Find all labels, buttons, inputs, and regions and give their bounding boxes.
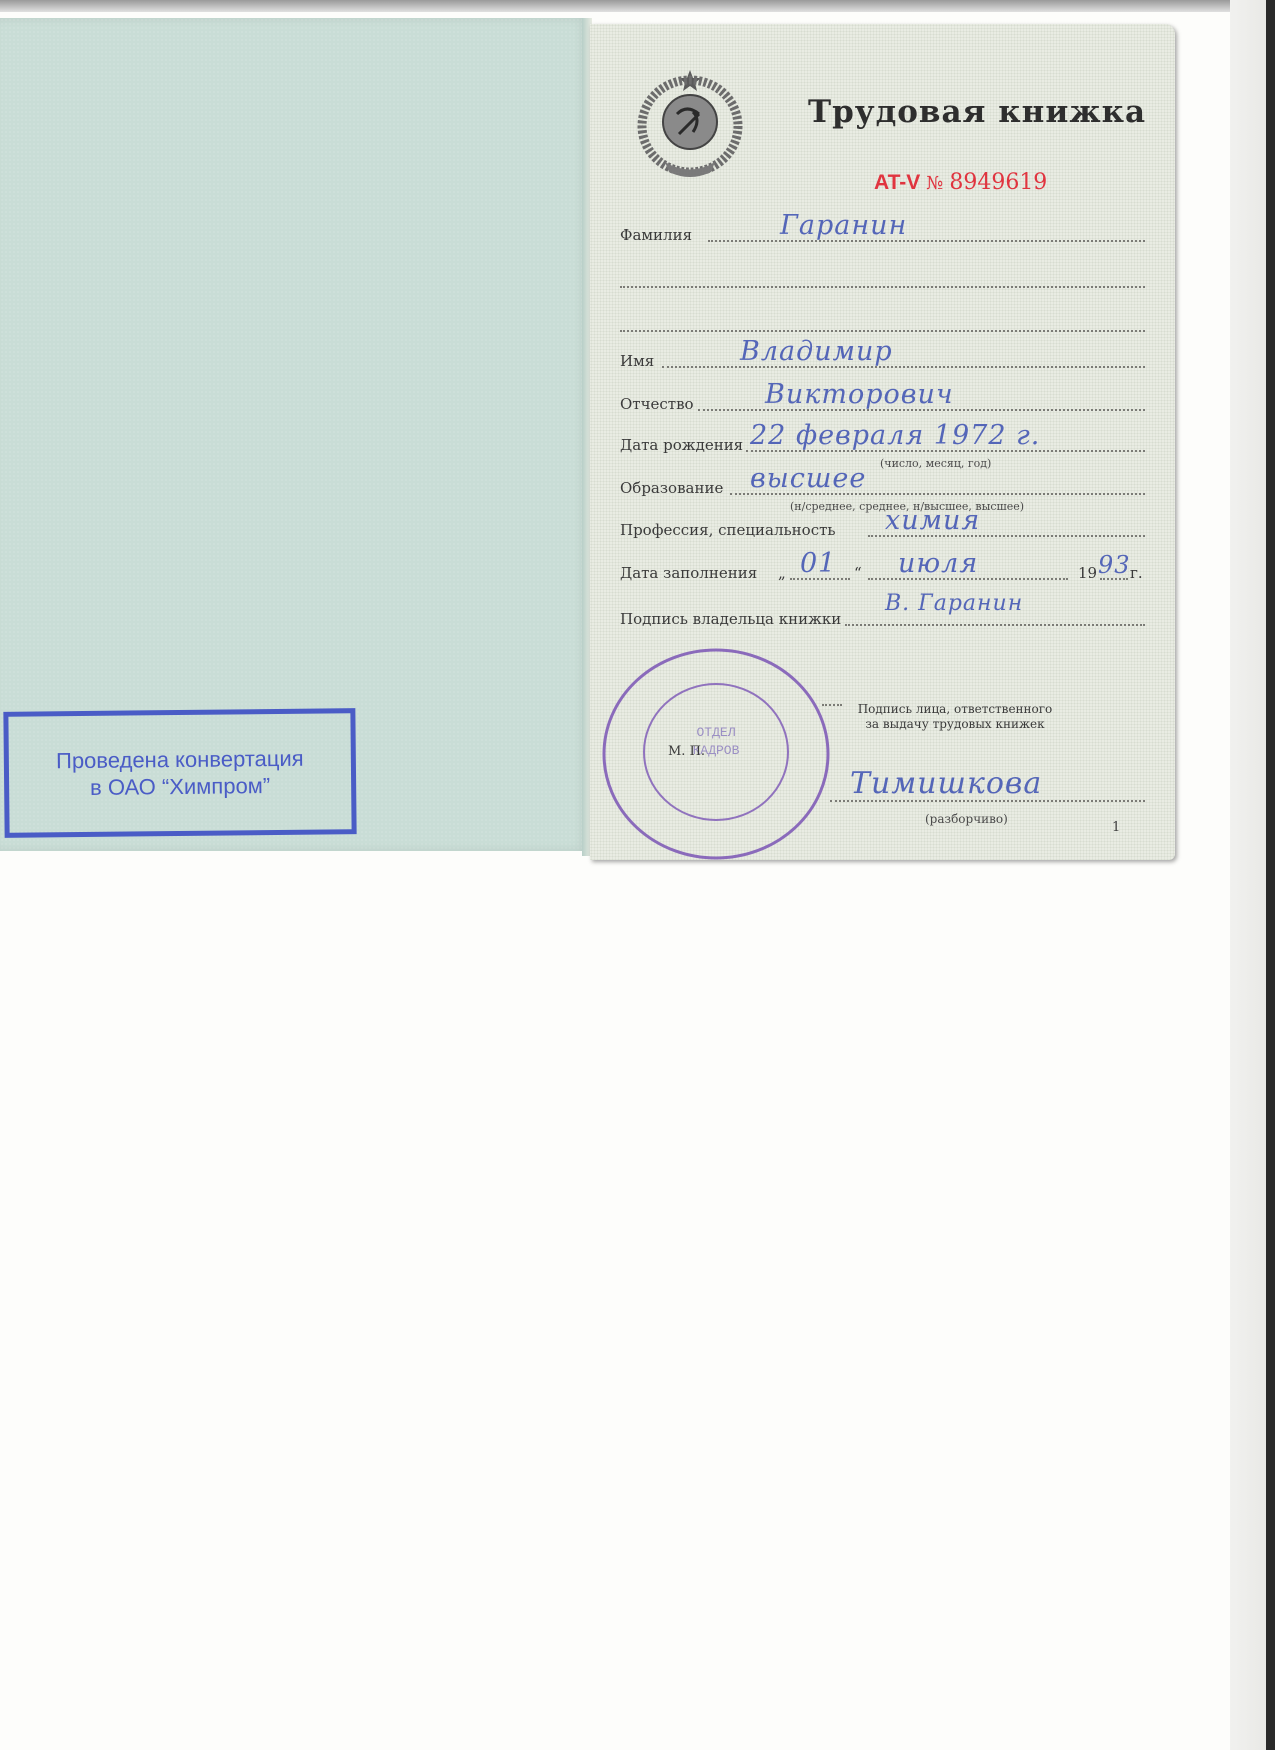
field-surname: Фамилия Гаранин [620,216,1145,246]
right-page: Трудовая книжка AT-V№8949619 Фамилия Гар… [590,24,1175,860]
education-value: высшее [750,463,866,494]
birth-date-label: Дата рождения [620,436,743,454]
field-education: Образование высшее [620,469,1145,499]
owner-signature-value: В. Гаранин [885,591,1023,616]
field-fill-date: Дата заполнения „ 01 “ июля 19 93 г. [620,554,1145,584]
profession-value: химия [885,505,980,536]
scanner-top-edge [0,0,1275,12]
scanner-right-edge [1266,0,1275,1750]
responsible-label-line2: за выдачу трудовых книжек [840,717,1070,732]
birth-date-value: 22 февраля 1972 г. [750,420,1040,451]
serial-digits: 8949619 [949,170,1047,195]
owner-signature-label: Подпись владельца книжки [620,610,841,628]
surname-extra-line-1 [620,286,1145,288]
responsible-signature-label: Подпись лица, ответственного за выдачу т… [840,702,1070,732]
conversion-stamp-line1: Проведена конвертация [56,745,304,775]
ussr-emblem-icon [635,64,745,184]
fill-date-label: Дата заполнения [620,564,757,582]
field-responsible-signature: Тимишкова [830,776,1145,806]
conversion-stamp-line2: в ОАО “Химпром” [90,772,270,801]
field-first-name: Имя Владимир [620,342,1145,372]
fill-date-close-quote: “ [854,564,862,582]
surname-dotline [708,240,1145,242]
conversion-stamp: Проведена конвертация в ОАО “Химпром” [3,708,356,838]
fill-date-month: июля [898,548,978,579]
field-birth-date: Дата рождения 22 февраля 1972 г. [620,426,1145,456]
page-number: 1 [1112,820,1120,835]
first-name-dotline [662,366,1145,368]
profession-label: Профессия, специальность [620,521,836,539]
field-profession: Профессия, специальность химия [620,511,1145,541]
responsible-label-line1: Подпись лица, ответственного [840,702,1070,717]
surname-label: Фамилия [620,226,692,244]
field-patronymic: Отчество Викторович [620,385,1145,415]
fill-date-century: 19 [1078,564,1097,582]
number-sign: № [926,173,943,194]
responsible-signature-hint: (разборчиво) [925,812,1008,826]
fill-date-open-quote: „ [778,564,786,582]
serial-number: AT-V№8949619 [874,170,1047,195]
owner-signature-dotline [845,624,1145,626]
left-page: Проведена конвертация в ОАО “Химпром” [0,18,588,851]
field-owner-signature: Подпись владельца книжки В. Гаранин [620,600,1145,630]
fill-date-suffix: г. [1130,564,1143,582]
fill-date-day: 01 [800,548,836,579]
surname-value: Гаранин [780,210,907,241]
seal-place-label: М. П. [668,744,705,759]
patronymic-label: Отчество [620,395,694,413]
education-label: Образование [620,479,723,497]
patronymic-value: Викторович [765,379,954,410]
first-name-value: Владимир [740,336,893,367]
fill-date-year: 93 [1098,551,1131,579]
surname-extra-line-2 [620,330,1145,332]
first-name-label: Имя [620,352,654,370]
serial-series: AT-V [874,171,920,194]
seal-center-line1: ОТДЕЛ [696,725,735,740]
document-title: Трудовая книжка [808,94,1146,130]
hr-department-seal: ОТДЕЛ КАДРОВ [596,644,836,864]
responsible-signature-value: Тимишкова [850,766,1042,801]
